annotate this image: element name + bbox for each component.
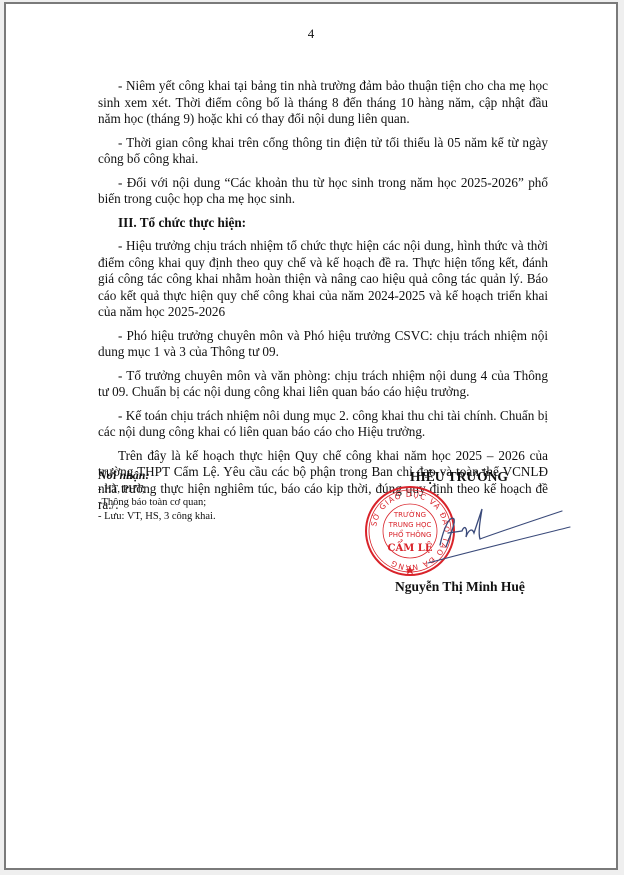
paragraph-accountant-duties: - Kế toán chịu trách nhiệm nôi dung mục … xyxy=(98,408,548,441)
signature-block: HIỆU TRƯỞNG SỞ GIÁO DỤC VÀ ĐÀO TẠO ĐÀ NẴ… xyxy=(362,469,562,599)
paragraph-principal-duties: - Hiệu trưởng chịu trách nhiệm tổ chức t… xyxy=(98,238,548,321)
document-page: 4 - Niêm yết công khai tại bảng tin nhà … xyxy=(4,2,618,870)
recipients-label: Nơi nhận: xyxy=(98,469,216,483)
recipients-block: Nơi nhận: - HT, PHT; -Thông báo toàn cơ … xyxy=(98,469,216,523)
recipient-item: -Thông báo toàn cơ quan; xyxy=(98,496,216,510)
section-heading: III. Tổ chức thực hiện: xyxy=(98,215,548,232)
paragraph-public-notice-board: - Niêm yết công khai tại bảng tin nhà tr… xyxy=(98,78,548,128)
signer-name: Nguyễn Thị Minh Huệ xyxy=(395,579,525,595)
document-body: - Niêm yết công khai tại bảng tin nhà tr… xyxy=(98,78,548,514)
paragraph-team-leader-duties: - Tổ trưởng chuyên môn và văn phòng: chị… xyxy=(98,368,548,401)
paragraph-portal-duration: - Thời gian công khai trên cổng thông ti… xyxy=(98,135,548,168)
recipient-item: - Lưu: VT, HS, 3 công khai. xyxy=(98,510,216,524)
recipient-item: - HT, PHT; xyxy=(98,483,216,497)
handwritten-signature-icon xyxy=(422,497,572,567)
page-number: 4 xyxy=(6,26,616,42)
paragraph-fees-meeting: - Đối với nội dung “Các khoản thu từ học… xyxy=(98,175,548,208)
paragraph-vice-principal-duties: - Phó hiệu trưởng chuyên môn và Phó hiệu… xyxy=(98,328,548,361)
